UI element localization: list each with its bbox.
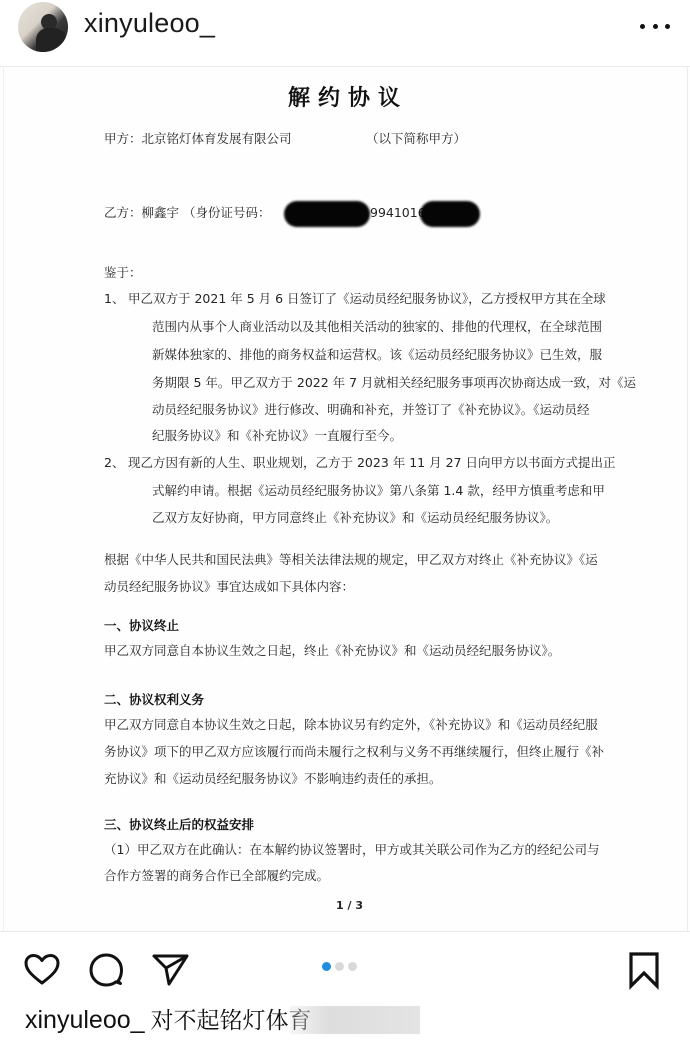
share-button[interactable] [150,950,190,990]
save-button[interactable] [624,950,664,990]
caption-text: 对不起铭灯体育 [151,1008,312,1034]
section-2-line: 充协议》和《运动员经纪服务协议》不影响违约责任的承担。 [104,773,442,786]
more-options-button[interactable] [640,20,670,32]
more-horizontal-icon [640,24,645,29]
carousel-indicator [322,962,357,971]
clause-1-line: 范围内从事个人商业活动以及其他相关活动的独家的、排他的代理权，在全球范围 [152,321,602,334]
section-1-line: 甲乙双方同意自本协议生效之日起，终止《补充协议》和《运动员经纪服务协议》。 [104,645,560,658]
redaction-mark [420,201,480,227]
caption-username[interactable]: xinyuleoo_ [25,1006,145,1034]
carousel-dot[interactable] [348,962,357,971]
send-icon [150,950,190,990]
section-2-line: 甲乙双方同意自本协议生效之日起，除本协议另有约定外，《补充协议》和《运动员经纪服 [104,719,598,732]
section-3-line: （1）甲乙双方在此确认：在本解约协议签署时，甲方或其关联公司作为乙方的经纪公司与 [104,844,599,857]
carousel-dot[interactable] [335,962,344,971]
page-number: 1 / 3 [336,899,363,912]
comment-button[interactable] [86,950,126,990]
party-a: 甲方：北京铭灯体育发展有限公司 [104,133,292,146]
avatar[interactable] [18,2,68,52]
clause-2-number: 2、 [104,457,124,470]
clause-1-line: 纪服务协议》和《补充协议》一直履行至今。 [152,430,402,443]
post-caption: xinyuleoo_对不起铭灯体育 [25,1002,312,1035]
clause-2-line: 现乙方因有新的人生、职业规划，乙方于 2023 年 11 月 27 日向甲方以书… [128,457,615,470]
clause-1-line: 动员经纪服务协议》进行修改、明确和补充，并签订了《补充协议》。《运动员经 [152,404,590,417]
clause-2-line: 乙双方友好协商，甲方同意终止《补充协议》和《运动员经纪服务协议》。 [152,512,558,525]
bookmark-icon [624,950,664,990]
clause-1-number: 1、 [104,293,124,306]
party-b-id-partial: 9941016 [370,207,426,220]
section-2-heading: 二、协议权利义务 [104,694,204,707]
redaction-mark [284,201,370,227]
section-2-line: 务协议》项下的甲乙双方应该履行而尚未履行之权利与义务不再继续履行，但终止履行《补 [104,746,604,759]
clause-1-line: 务期限 5 年。甲乙双方于 2022 年 7 月就相关经纪服务事项再次协商达成一… [152,377,636,390]
whereas-label: 鉴于： [104,267,142,280]
carousel-dot-active[interactable] [322,962,331,971]
watermark-overlay [290,1006,420,1034]
basis-line: 动员经纪服务协议》事宜达成如下具体内容： [104,581,354,594]
basis-line: 根据《中华人民共和国民法典》等相关法律法规的规定，甲乙双方对终止《补充协议》《运 [104,554,598,567]
more-dot [665,24,670,29]
post-header: xinyuleoo_ [0,0,690,66]
document-title: 解约协议 [288,81,408,112]
like-button[interactable] [22,950,62,990]
party-b: 乙方：柳鑫宇 （身份证号码： [104,207,270,220]
clause-2-line: 式解约申请。根据《运动员经纪服务协议》第八条第 1.4 款，经甲方慎重考虑和甲 [152,485,605,498]
section-3-line: 合作方签署的商务合作已全部履约完成。 [104,870,329,883]
section-3-heading: 三、协议终止后的权益安排 [104,819,254,832]
heart-icon [22,950,62,990]
comment-icon [86,950,126,990]
post-username[interactable]: xinyuleoo_ [84,8,215,39]
post-actions [0,936,690,996]
clause-1-line: 甲乙双方于 2021 年 5 月 6 日签订了《运动员经纪服务协议》，乙方授权甲… [128,293,606,306]
post-image-document[interactable]: 解约协议 甲方：北京铭灯体育发展有限公司 （以下简称甲方） 乙方：柳鑫宇 （身份… [0,66,690,932]
section-1-heading: 一、协议终止 [104,620,179,633]
more-dot [653,24,658,29]
party-a-note: （以下简称甲方） [366,133,466,146]
clause-1-line: 新媒体独家的、排他的商务权益和运营权。该《运动员经纪服务协议》已生效，服 [152,349,602,362]
